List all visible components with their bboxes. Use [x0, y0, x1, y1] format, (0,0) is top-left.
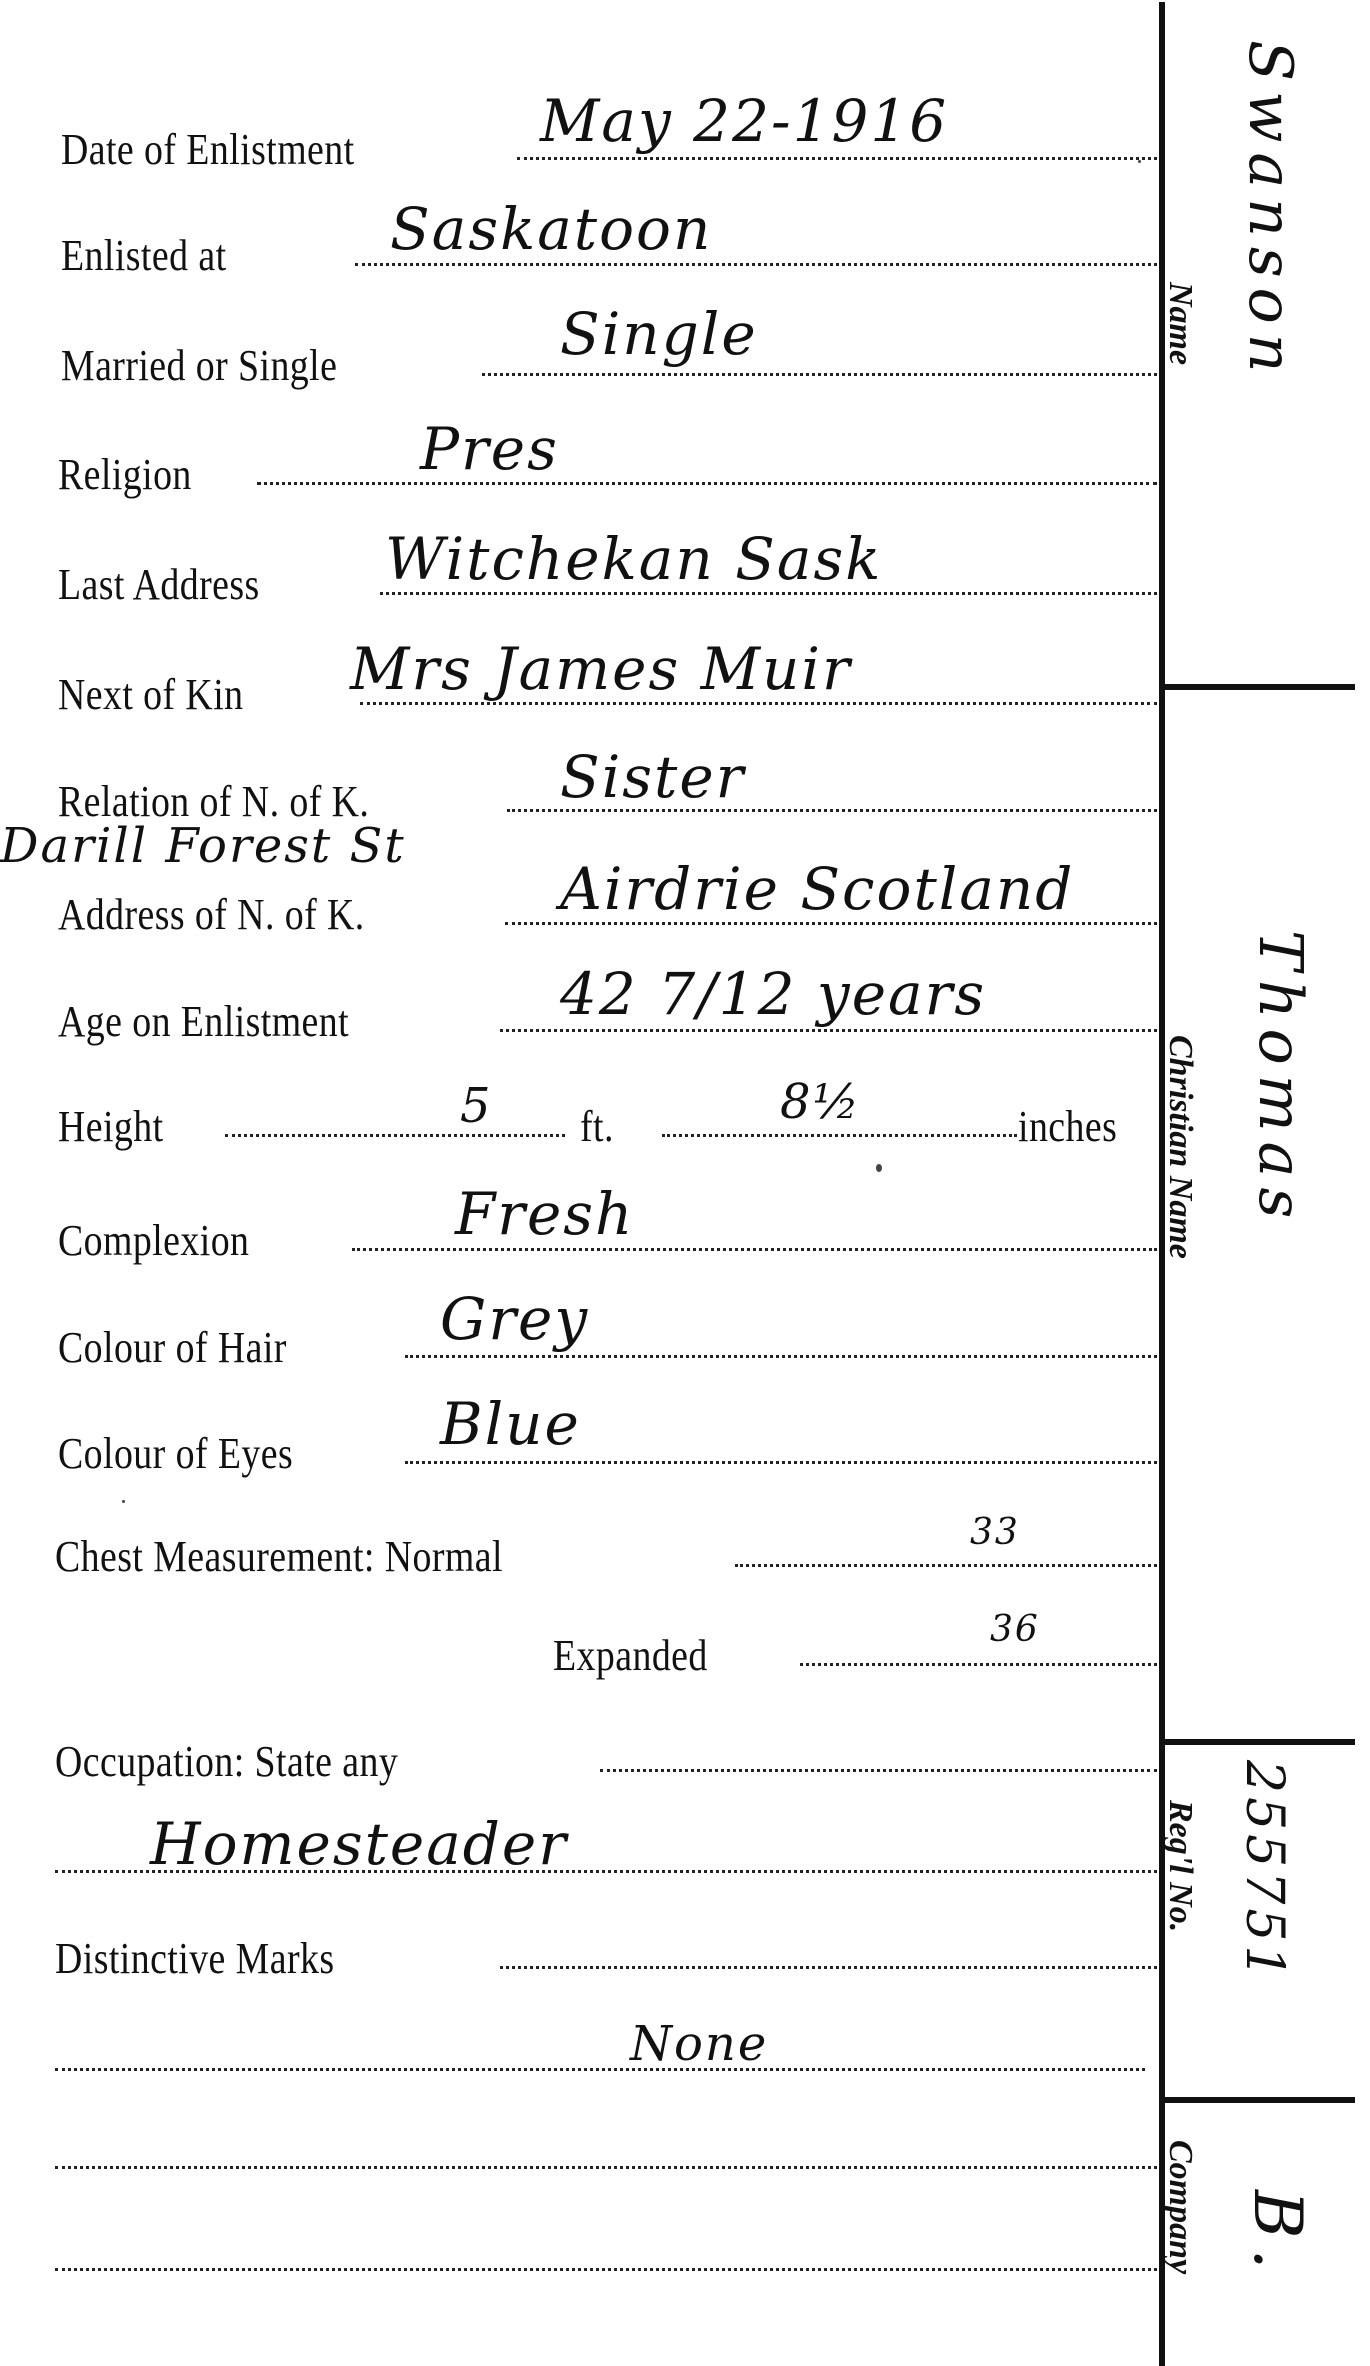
name-value: Swanson [1240, 40, 1300, 382]
colour-of-hair-label: Colour of Hair [58, 1326, 287, 1370]
address-of-nok-value-line2: Airdrie Scotland [560, 860, 1074, 918]
christian-name-value: Thomas [1250, 930, 1310, 1228]
company-label: Company [1163, 2140, 1197, 2274]
age-on-enlistment-label: Age on Enlistment [58, 1000, 349, 1044]
scan-speck [122, 1500, 125, 1503]
scan-speck [876, 1164, 882, 1172]
religion-value: Pres [420, 420, 559, 478]
last-address-label: Last Address [58, 563, 260, 607]
attestation-card: Date of Enlistment May 22-1916 Enlisted … [0, 0, 1370, 2366]
occupation-line-1 [600, 1769, 1157, 1772]
height-feet-line [225, 1134, 565, 1137]
distinctive-marks-value: None [630, 2020, 768, 2068]
next-of-kin-value: Mrs James Muir [350, 640, 852, 698]
distinctive-marks-line-1 [500, 1966, 1157, 1969]
enlisted-at-label: Enlisted at [61, 234, 227, 278]
chest-normal-line [735, 1564, 1157, 1567]
relation-of-nok-value: Sister [560, 748, 745, 806]
height-feet-value: 5 [460, 1082, 493, 1130]
married-or-single-line [482, 373, 1157, 376]
colour-of-eyes-value: Blue [440, 1395, 581, 1453]
last-address-value: Witchekan Sask [385, 530, 882, 588]
enlisted-at-line [355, 263, 1157, 266]
religion-line [257, 482, 1157, 485]
colour-of-hair-line [405, 1355, 1157, 1358]
colour-of-hair-value: Grey [440, 1290, 589, 1348]
chest-expanded-line [800, 1663, 1157, 1666]
address-of-nok-label: Address of N. of K. [58, 893, 365, 937]
regt-no-label: Reg'l No. [1163, 1800, 1197, 1932]
married-or-single-value: Single [560, 305, 758, 363]
occupation-line-2 [55, 1870, 1157, 1873]
occupation-label: Occupation: State any [55, 1740, 398, 1784]
next-of-kin-label: Next of Kin [58, 673, 243, 717]
age-on-enlistment-line [500, 1029, 1157, 1032]
enlisted-at-value: Saskatoon [390, 200, 712, 258]
height-inches-value: 8½ [780, 1078, 861, 1126]
distinctive-marks-label: Distinctive Marks [55, 1937, 335, 1981]
distinctive-marks-line-3 [55, 2166, 1157, 2169]
company-value: B. [1244, 2190, 1310, 2279]
name-section-separator [1160, 684, 1355, 690]
distinctive-marks-line-2 [55, 2068, 1145, 2071]
complexion-value: Fresh [455, 1185, 634, 1243]
height-feet-unit: ft. [580, 1105, 614, 1149]
date-of-enlistment-line [517, 157, 1157, 160]
regt-no-value: 255751 [1238, 1760, 1290, 1983]
height-inches-unit: inches [1018, 1105, 1117, 1149]
occupation-value: Homesteader [150, 1815, 568, 1873]
scan-speck [1138, 160, 1141, 163]
regt-section-separator [1160, 1739, 1355, 1745]
married-or-single-label: Married or Single [61, 344, 337, 388]
chest-normal-label: Chest Measurement: Normal [55, 1535, 503, 1579]
distinctive-marks-line-4 [55, 2268, 1157, 2271]
chest-expanded-value: 36 [990, 1612, 1040, 1648]
date-of-enlistment-value: May 22-1916 [540, 92, 948, 150]
complexion-line [352, 1248, 1157, 1251]
company-section-separator [1160, 2097, 1355, 2103]
colour-of-eyes-line [405, 1461, 1157, 1464]
complexion-label: Complexion [58, 1219, 249, 1263]
colour-of-eyes-label: Colour of Eyes [58, 1432, 293, 1476]
date-of-enlistment-label: Date of Enlistment [61, 128, 355, 172]
chest-normal-value: 33 [970, 1515, 1020, 1551]
age-on-enlistment-value: 42 7/12 years [560, 965, 986, 1023]
christian-name-label: Christian Name [1163, 1035, 1197, 1259]
religion-label: Religion [58, 453, 192, 497]
height-inches-line [662, 1134, 1017, 1137]
name-label: Name [1163, 282, 1197, 365]
address-of-nok-value-line1: Darill Forest St [0, 822, 406, 870]
chest-expanded-label: Expanded [553, 1634, 708, 1678]
height-label: Height [58, 1105, 164, 1149]
